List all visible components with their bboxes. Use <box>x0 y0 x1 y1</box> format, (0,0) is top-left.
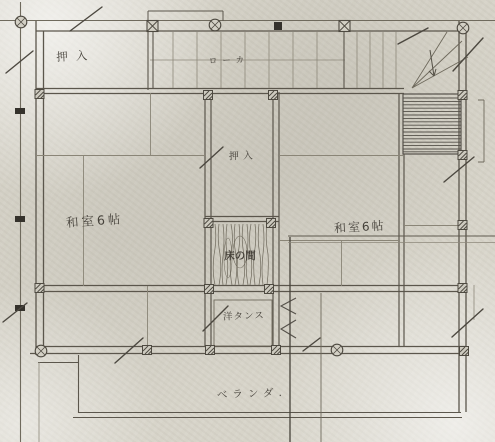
folding-door-symbol <box>281 298 296 338</box>
stair-direction-arrow <box>429 50 436 76</box>
dimension-bracket <box>478 100 484 162</box>
tokonoma-label: 床の間 <box>224 249 256 262</box>
wardrobe-label: 洋タンス <box>223 309 265 322</box>
room-left-label: 和室6帖 <box>66 211 124 230</box>
closet-center-label: 押入 <box>229 149 257 163</box>
veranda-label: ベランダ. <box>217 387 287 401</box>
outer-walls <box>30 11 467 412</box>
floor-plan-drawing: 押入 ローカ 押入 和室6帖 和室6帖 床の間 洋タンス ベランダ. <box>0 0 495 442</box>
hatched-area <box>403 94 461 154</box>
scanned-floor-plan-page: 押入 ローカ 押入 和室6帖 和室6帖 床の間 洋タンス ベランダ. <box>0 0 495 442</box>
room-right-label: 和室6帖 <box>334 218 386 236</box>
closet-top-left-label: 押入 <box>56 48 96 64</box>
corridor-label: ローカ <box>209 55 250 66</box>
